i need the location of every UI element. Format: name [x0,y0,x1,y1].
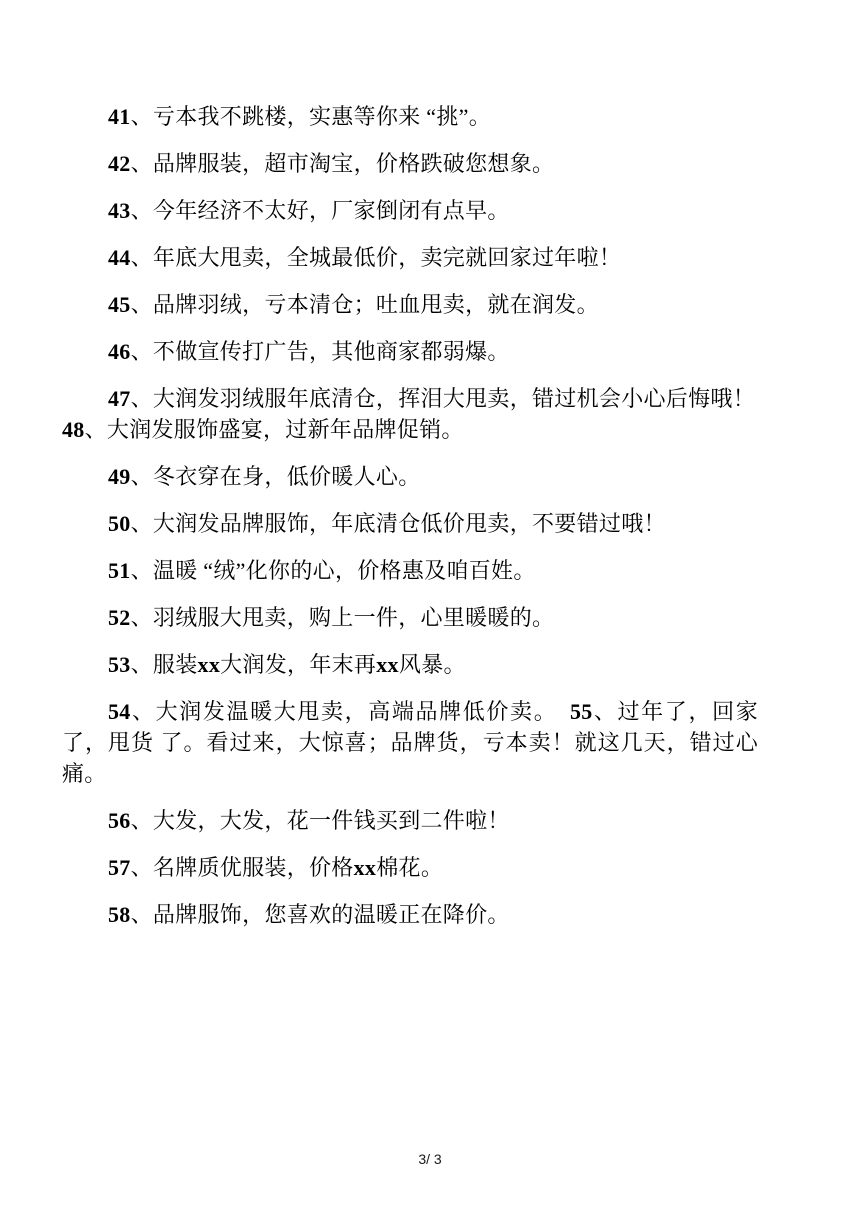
item-number: 43 [108,198,131,223]
list-item: 57、名牌质优服装，价格xx棉花。 [62,852,758,883]
list-item: 50、大润发品牌服饰，年底清仓低价甩卖，不要错过哦！ [62,508,758,539]
item-text: 、大润发服饰盛宴，过新年品牌促销。 [85,417,464,442]
item-text: 、大润发品牌服饰，年底清仓低价甩卖，不要错过哦！ [131,511,666,536]
item-text: 棉花。 [376,855,443,880]
list-item: 51、温暖 “绒”化你的心，价格惠及咱百姓。 [62,555,758,586]
item-number: 51 [108,558,131,583]
item-number: 49 [108,464,131,489]
item-text: 、不做宣传打广告，其他商家都弱爆。 [131,339,510,364]
item-number: 47 [108,386,131,411]
item-bold-text: xx [376,652,399,677]
item-number: 58 [108,902,131,927]
list-item: 42、品牌服装，超市淘宝，价格跌破您想象。 [62,148,758,179]
item-text: 大润发，年末再 [220,652,376,677]
item-number: 42 [108,151,131,176]
item-text: 、服装 [131,652,198,677]
item-number: 56 [108,808,131,833]
list-item: 46、不做宣传打广告，其他商家都弱爆。 [62,336,758,367]
item-text: 、冬衣穿在身，低价暖人心。 [131,464,421,489]
list-item: 47、大润发羽绒服年底清仓，挥泪大甩卖，错过机会小心后悔哦！ 48、大润发服饰盛… [62,383,758,445]
list-item: 52、羽绒服大甩卖，购上一件，心里暖暖的。 [62,602,758,633]
list-item: 44、年底大甩卖，全城最低价，卖完就回家过年啦！ [62,242,758,273]
item-number: 44 [108,245,131,270]
item-text: 、大润发羽绒服年底清仓，挥泪大甩卖，错过机会小心后悔哦！ [131,386,778,411]
item-number: 52 [108,605,131,630]
list-item: 41、亏本我不跳楼，实惠等你来 “挑”。 [62,101,758,132]
item-number: 45 [108,292,131,317]
paragraph-list: 41、亏本我不跳楼，实惠等你来 “挑”。42、品牌服装，超市淘宝，价格跌破您想象… [62,101,758,946]
list-item: 58、品牌服饰，您喜欢的温暖正在降价。 [62,899,758,930]
item-text: 、品牌服装，超市淘宝，价格跌破您想象。 [131,151,555,176]
item-number: 53 [108,652,131,677]
item-text: 、大发，大发，花一件钱买到二件啦！ [131,808,510,833]
item-number: 46 [108,339,131,364]
list-item: 45、品牌羽绒，亏本清仓；吐血甩卖，就在润发。 [62,289,758,320]
item-number: 57 [108,855,131,880]
list-item: 49、冬衣穿在身，低价暖人心。 [62,461,758,492]
item-text: 、大润发温暖大甩卖，高端品牌低价卖。 [131,699,570,724]
page-number: 3/ 3 [0,1151,860,1167]
item-text: 、名牌质优服装，价格 [131,855,354,880]
item-bold-text: xx [198,652,221,677]
item-number: 55 [570,699,593,724]
item-number: 54 [108,699,131,724]
item-number: 50 [108,511,131,536]
item-text: 风暴。 [399,652,466,677]
item-text: 、年底大甩卖，全城最低价，卖完就回家过年啦！ [131,245,622,270]
item-bold-text: xx [354,855,377,880]
document-page: 41、亏本我不跳楼，实惠等你来 “挑”。42、品牌服装，超市淘宝，价格跌破您想象… [0,0,860,1218]
item-number: 41 [108,104,131,129]
item-text: 、品牌服饰，您喜欢的温暖正在降价。 [131,902,510,927]
item-text: 、品牌羽绒，亏本清仓；吐血甩卖，就在润发。 [131,292,599,317]
item-text: 、今年经济不太好，厂家倒闭有点早。 [131,198,510,223]
item-text: 、羽绒服大甩卖，购上一件，心里暖暖的。 [131,605,555,630]
list-item: 43、今年经济不太好，厂家倒闭有点早。 [62,195,758,226]
item-number: 48 [62,417,85,442]
list-item: 53、服装xx大润发，年末再xx风暴。 [62,649,758,680]
list-item: 54、大润发温暖大甩卖，高端品牌低价卖。 55、过年了，回家了，甩货 了。看过来… [62,696,758,789]
item-text: 、亏本我不跳楼，实惠等你来 “挑”。 [131,104,491,129]
item-text: 、温暖 “绒”化你的心，价格惠及咱百姓。 [131,558,536,583]
list-item: 56、大发，大发，花一件钱买到二件啦！ [62,805,758,836]
